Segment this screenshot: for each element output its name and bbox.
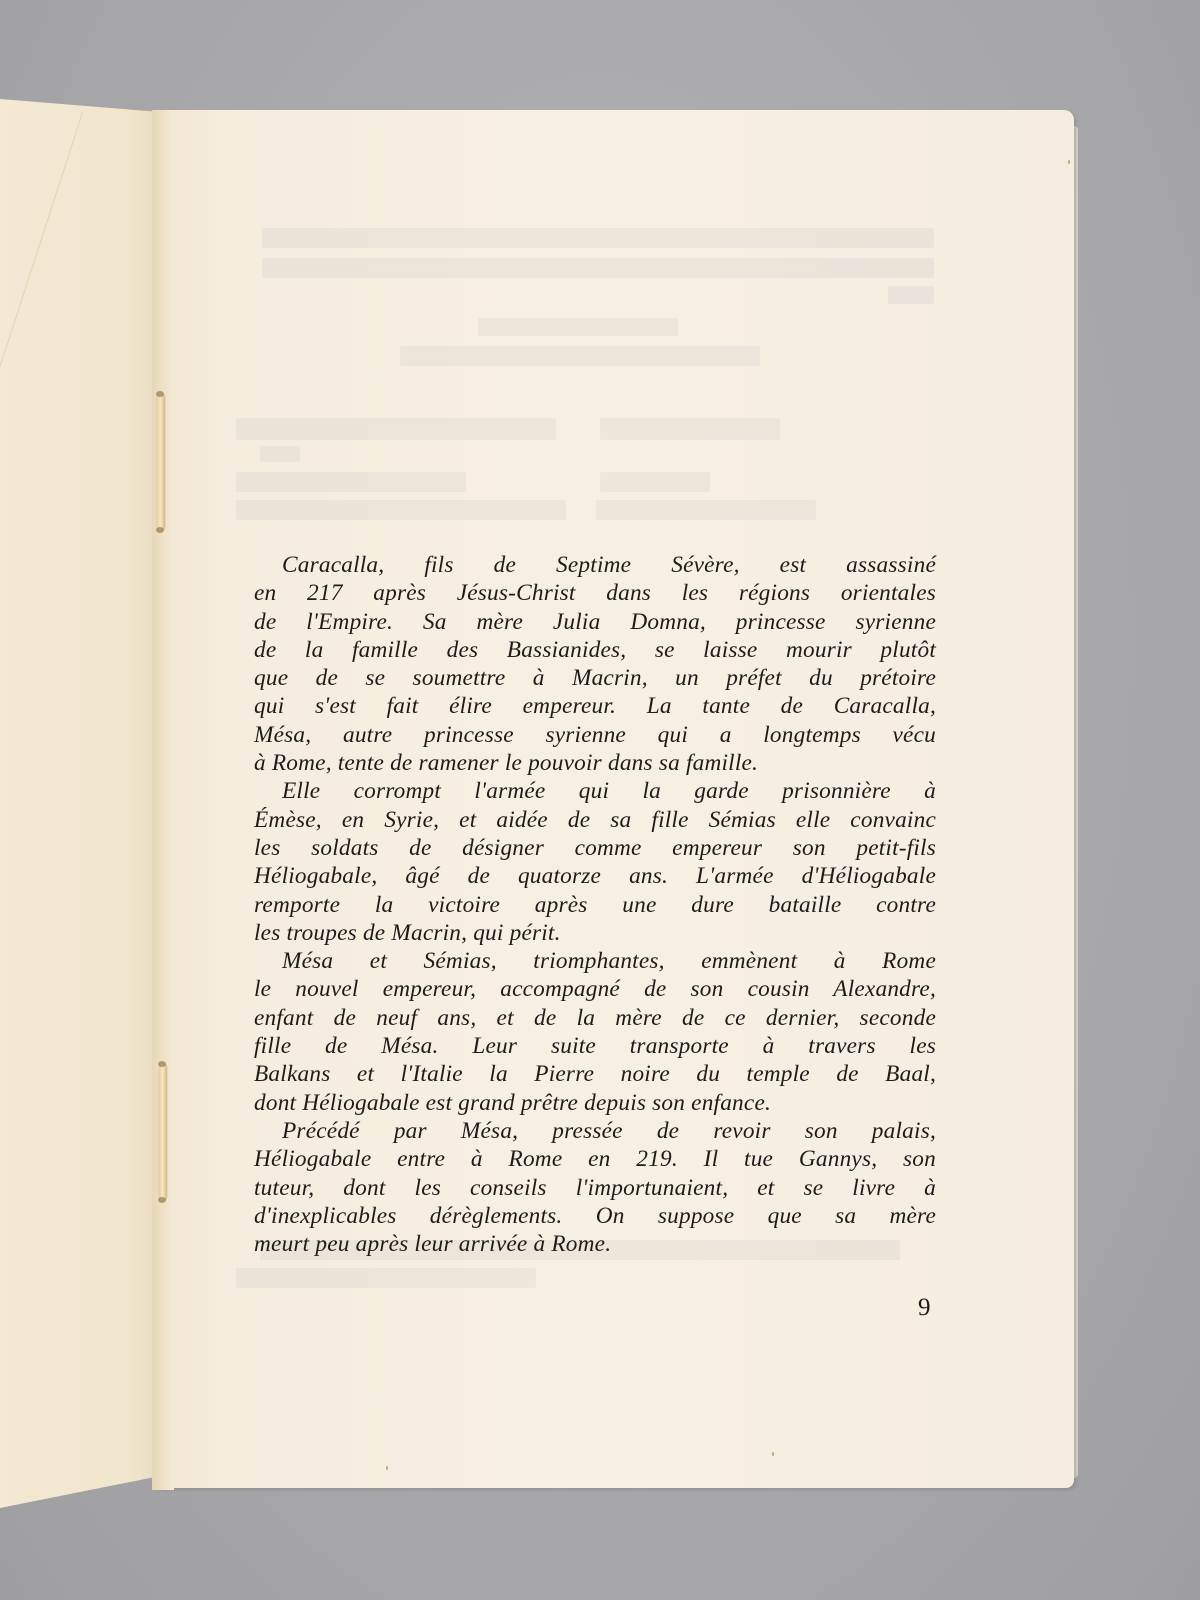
- text-line: Héliogabale entre à Rome en 219. Il tue …: [254, 1145, 936, 1173]
- text-line: Balkans et l'Italie la Pierre noire du t…: [254, 1060, 936, 1088]
- text-line: Héliogabale, âgé de quatorze ans. L'armé…: [254, 862, 936, 890]
- text-line: Émèse, en Syrie, et aidée de sa fille Sé…: [254, 806, 936, 834]
- text-line: enfant de neuf ans, et de la mère de ce …: [254, 1004, 936, 1032]
- text-line: dont Héliogabale est grand prêtre depuis…: [254, 1089, 936, 1117]
- text-line: les soldats de désigner comme empereur s…: [254, 834, 936, 862]
- text-line: Mésa et Sémias, triomphantes, emmènent à…: [254, 947, 936, 975]
- text-line: le nouvel empereur, accompagné de son co…: [254, 975, 936, 1003]
- text-line: Elle corrompt l'armée qui la garde priso…: [254, 777, 936, 805]
- book-gutter: [152, 110, 174, 1490]
- text-line: tuteur, dont les conseils l'importunaien…: [254, 1174, 936, 1202]
- text-line: remporte la victoire après une dure bata…: [254, 891, 936, 919]
- staple-top: [157, 394, 165, 530]
- text-line: Caracalla, fils de Septime Sévère, est a…: [254, 551, 936, 579]
- staple-bottom: [159, 1064, 167, 1200]
- paper-speck: [1068, 160, 1070, 164]
- text-line: les troupes de Macrin, qui périt.: [254, 919, 936, 947]
- paper-speck: [386, 1466, 388, 1470]
- paragraph: Caracalla, fils de Septime Sévère, est a…: [254, 551, 936, 777]
- text-line: à Rome, tente de ramener le pouvoir dans…: [254, 749, 936, 777]
- paragraph: Mésa et Sémias, triomphantes, emmènent à…: [254, 947, 936, 1117]
- text-line: de la famille des Bassianides, se laisse…: [254, 636, 936, 664]
- text-line: qui s'est fait élire empereur. La tante …: [254, 692, 936, 720]
- page-number: 9: [918, 1294, 931, 1322]
- paper-speck: [772, 1452, 774, 1456]
- left-page: [0, 96, 160, 1508]
- text-line: Mésa, autre princesse syrienne qui a lon…: [254, 721, 936, 749]
- text-line: d'inexplicables dérèglements. On suppose…: [254, 1202, 936, 1230]
- text-line: meurt peu après leur arrivée à Rome.: [254, 1230, 936, 1258]
- text-line: Précédé par Mésa, pressée de revoir son …: [254, 1117, 936, 1145]
- text-line: fille de Mésa. Leur suite transporte à t…: [254, 1032, 936, 1060]
- text-line: en 217 après Jésus-Christ dans les régio…: [254, 579, 936, 607]
- body-text: Caracalla, fils de Septime Sévère, est a…: [254, 551, 936, 1258]
- paragraph: Elle corrompt l'armée qui la garde priso…: [254, 777, 936, 947]
- text-line: de l'Empire. Sa mère Julia Domna, prince…: [254, 608, 936, 636]
- paragraph: Précédé par Mésa, pressée de revoir son …: [254, 1117, 936, 1258]
- text-line: que de se soumettre à Macrin, un préfet …: [254, 664, 936, 692]
